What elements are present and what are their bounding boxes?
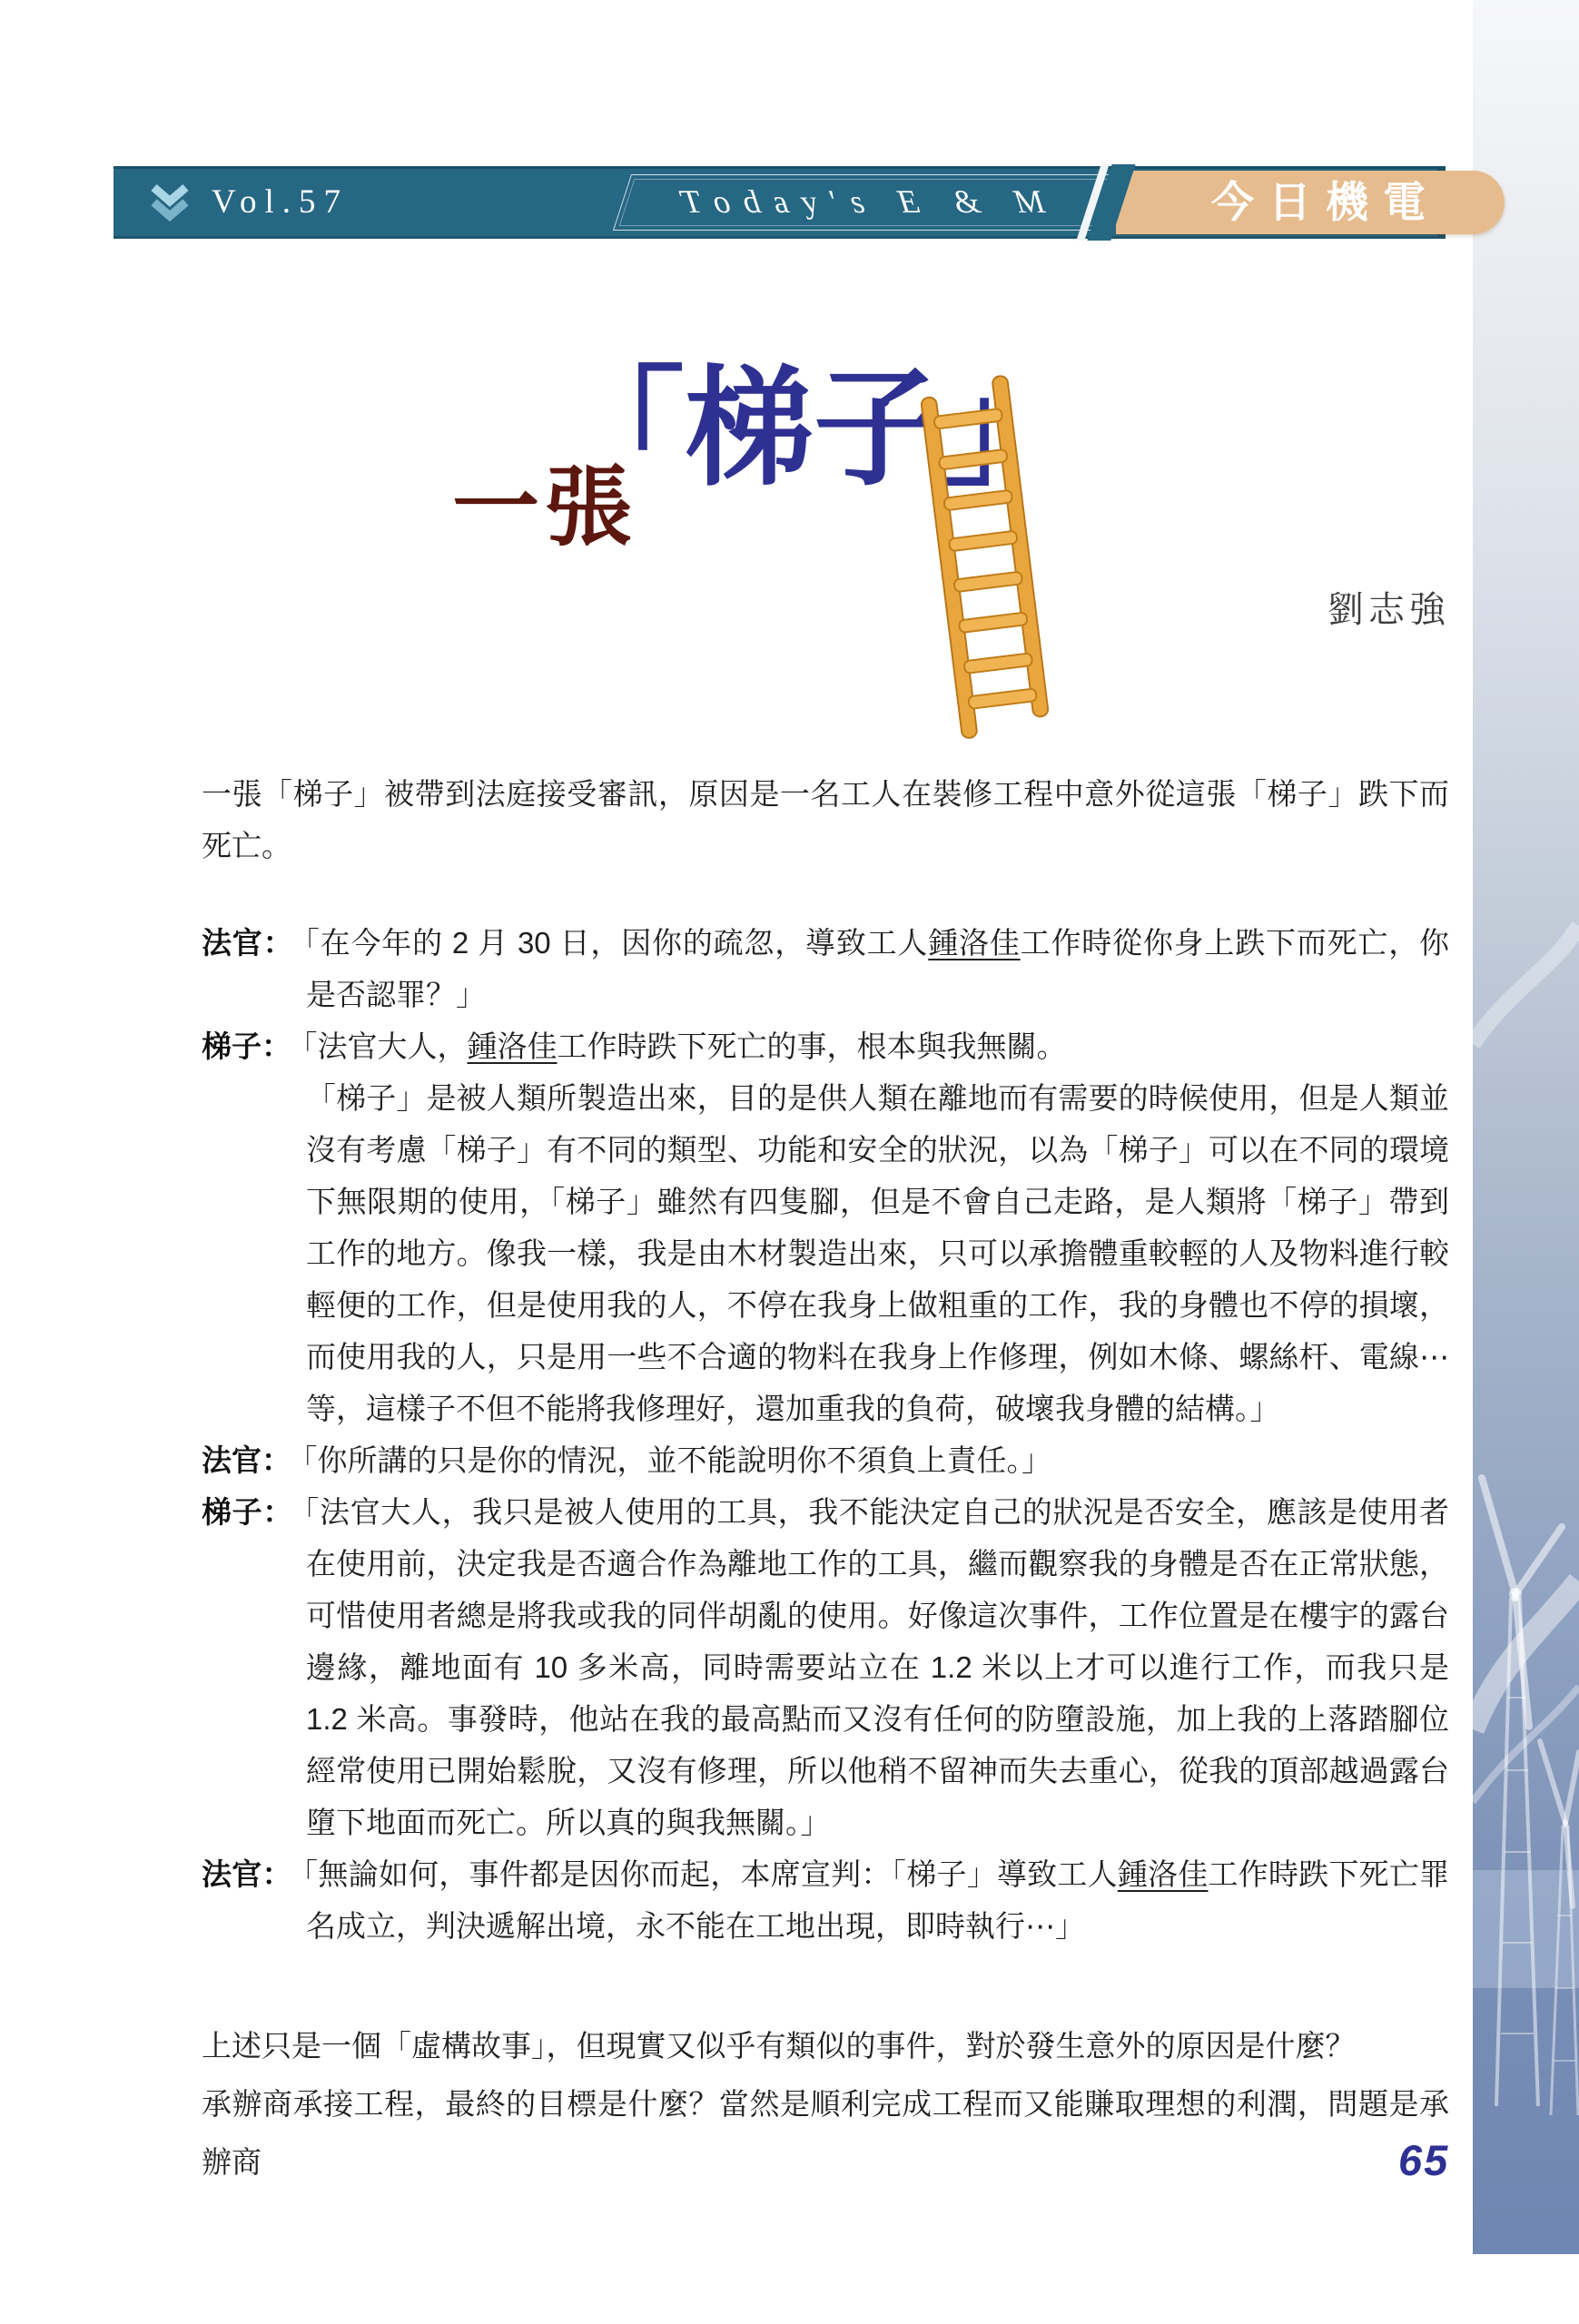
speaker-label: 法官： (202, 1857, 303, 1891)
dialogue-text: 「梯子」是被人類所製造出來，目的是供人類在離地而有需要的時候使用，但是人類並沒有… (306, 1081, 1449, 1425)
intro-paragraph: 一張「梯子」被帶到法庭接受審訊，原因是一名工人在裝修工程中意外從這張「梯子」跌下… (202, 768, 1449, 871)
dialogue-text: 「你所講的只是你的情況，並不能說明你不須負上責任。」 (302, 1443, 1051, 1477)
dialogue-paragraph: 梯子：「法官大人，鍾洛佳工作時跌下死亡的事，根本與我無關。 (202, 1020, 1449, 1072)
dialogue-paragraph: 法官：「你所講的只是你的情況，並不能說明你不須負上責任。」 (202, 1434, 1449, 1486)
dialogue-paragraph: 法官：「在今年的 2 月 30 日，因你的疏忽，導致工人鍾洛佳工作時從你身上跌下… (202, 917, 1449, 1020)
author-name: 劉志強 (1327, 581, 1450, 633)
dialogue-text: 工作時跌下死亡的事，根本與我無關。 (558, 1029, 1067, 1063)
dialogue-paragraph: 梯子：「法官大人，我只是被人使用的工具，我不能決定自己的狀況是否安全，應該是使用… (202, 1486, 1449, 1848)
article-body: 一張「梯子」被帶到法庭接受審訊，原因是一名工人在裝修工程中意外從這張「梯子」跌下… (202, 768, 1449, 2191)
closing-paragraph: 上述只是一個「虛構故事」，但現實又似乎有類似的事件，對於發生意外的原因是什麼？ (202, 2017, 1449, 2075)
wind-turbines-icon (1473, 0, 1579, 2254)
speaker-label: 梯子： (202, 1495, 304, 1529)
underlined-worker-name: 鍾洛佳 (468, 1029, 558, 1063)
journal-chinese-title: 今日機電 (1116, 171, 1505, 234)
dialogue-text: 「無論如何，事件都是因你而起，本席宣判：「梯子」導致工人 (303, 1857, 1118, 1891)
underlined-worker-name: 鍾洛佳 (928, 926, 1020, 960)
header-bar: Vol.57 Today's E & M 今日機電 (113, 166, 1446, 239)
magazine-page: Vol.57 Today's E & M 今日機電 一張 「梯子」 劉志強 一張… (0, 0, 1579, 2324)
dialogue-text: 「法官大人，我只是被人使用的工具，我不能決定自己的狀況是否安全，應該是使用者在使… (304, 1495, 1449, 1839)
speaker-label: 法官： (202, 926, 304, 960)
closing-paragraph: 承辦商承接工程，最終的目標是什麼？當然是順利完成工程而又能賺取理想的利潤，問題是… (202, 2075, 1449, 2191)
page-number: 65 (1398, 2135, 1449, 2185)
closing-list: 上述只是一個「虛構故事」，但現實又似乎有類似的事件，對於發生意外的原因是什麼？承… (202, 2017, 1449, 2191)
double-chevron-down-icon (148, 184, 192, 222)
underlined-worker-name: 鍾洛佳 (1118, 1857, 1209, 1891)
dialogue-text: 「法官大人， (302, 1029, 468, 1063)
right-gradient-band (1473, 0, 1579, 2254)
journal-english-title: Today's E & M (614, 175, 1126, 228)
dialogue-paragraph: 「梯子」是被人類所製造出來，目的是供人類在離地而有需要的時候使用，但是人類並沒有… (202, 1072, 1449, 1434)
dialogue-paragraph: 法官：「無論如何，事件都是因你而起，本席宣判：「梯子」導致工人鍾洛佳工作時跌下死… (202, 1848, 1449, 1952)
dialogue-list: 法官：「在今年的 2 月 30 日，因你的疏忽，導致工人鍾洛佳工作時從你身上跌下… (202, 917, 1449, 1952)
speaker-label: 梯子： (202, 1029, 302, 1063)
speaker-label: 法官： (202, 1443, 302, 1477)
volume-label: Vol.57 (212, 166, 349, 239)
journal-chinese-badge: 今日機電 (1116, 171, 1505, 234)
dialogue-text: 「在今年的 2 月 30 日，因你的疏忽，導致工人 (304, 926, 928, 960)
